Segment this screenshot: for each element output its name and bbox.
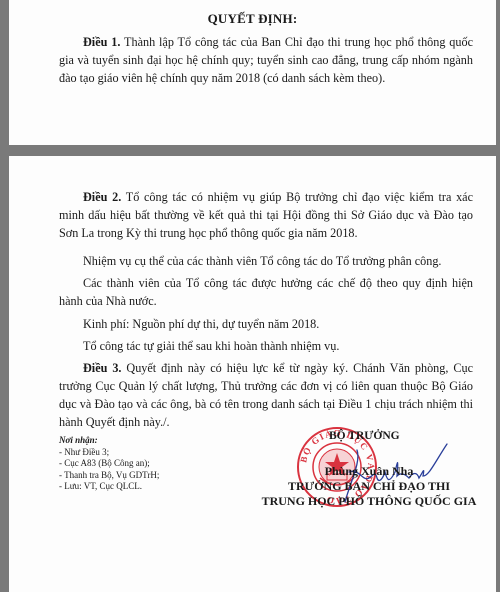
article-3-text: Quyết định này có hiệu lực kể từ ngày ký… xyxy=(59,361,473,429)
decision-heading: QUYẾT ĐỊNH: xyxy=(9,11,496,27)
article-2-paragraph: Tổ công tác tự giải thể sau khi hoàn thà… xyxy=(59,337,473,355)
article-2-text: Tổ công tác có nhiệm vụ giúp Bộ trưởng c… xyxy=(59,190,473,240)
article-2-paragraph: Các thành viên của Tổ công tác được hưởn… xyxy=(59,274,473,310)
article-2-paragraph: Nhiệm vụ cụ thể của các thành viên Tổ cô… xyxy=(59,252,473,270)
recipient-item: - Thanh tra Bộ, Vụ GDTrH; xyxy=(59,470,159,482)
article-1-label: Điều 1. xyxy=(83,35,120,49)
signer-position-line-1: TRƯỞNG BAN CHỈ ĐẠO THI xyxy=(249,479,489,494)
article-2-paragraph-text: Tổ công tác tự giải thể sau khi hoàn thà… xyxy=(83,339,339,353)
article-2-label: Điều 2. xyxy=(83,190,121,204)
article-2-paragraph-text: Nhiệm vụ cụ thể của các thành viên Tổ cô… xyxy=(83,254,441,268)
document-page-2: Điều 2. Tổ công tác có nhiệm vụ giúp Bộ … xyxy=(9,156,496,592)
article-2: Điều 2. Tổ công tác có nhiệm vụ giúp Bộ … xyxy=(59,188,473,242)
article-2-paragraph-text: Kinh phí: Nguồn phí dự thi, dự tuyển năm… xyxy=(83,317,319,331)
article-1-text: Thành lập Tổ công tác của Ban Chỉ đạo th… xyxy=(59,35,473,85)
document-page-1: QUYẾT ĐỊNH: Điều 1. Thành lập Tổ công tá… xyxy=(9,0,496,145)
article-3: Điều 3. Quyết định này có hiệu lực kể từ… xyxy=(59,359,473,431)
recipients-block: Nơi nhận: - Như Điều 3; - Cục A83 (Bộ Cô… xyxy=(59,435,159,493)
signer-position-line-2: TRUNG HỌC PHỔ THÔNG QUỐC GIA xyxy=(249,494,489,509)
recipient-item: - Cục A83 (Bộ Công an); xyxy=(59,458,159,470)
article-1: Điều 1. Thành lập Tổ công tác của Ban Ch… xyxy=(59,33,473,87)
signer-title: BỘ TRƯỞNG xyxy=(329,430,400,442)
article-2-paragraph-text: Các thành viên của Tổ công tác được hưởn… xyxy=(59,276,473,308)
signer-name: Phùng Xuân Nhạ xyxy=(254,464,484,479)
recipient-item: - Lưu: VT, Cục QLCL. xyxy=(59,481,159,493)
article-3-label: Điều 3. xyxy=(83,361,121,375)
recipients-title: Nơi nhận: xyxy=(59,435,159,447)
recipient-item: - Như Điều 3; xyxy=(59,447,159,459)
article-2-paragraph: Kinh phí: Nguồn phí dự thi, dự tuyển năm… xyxy=(59,315,473,333)
